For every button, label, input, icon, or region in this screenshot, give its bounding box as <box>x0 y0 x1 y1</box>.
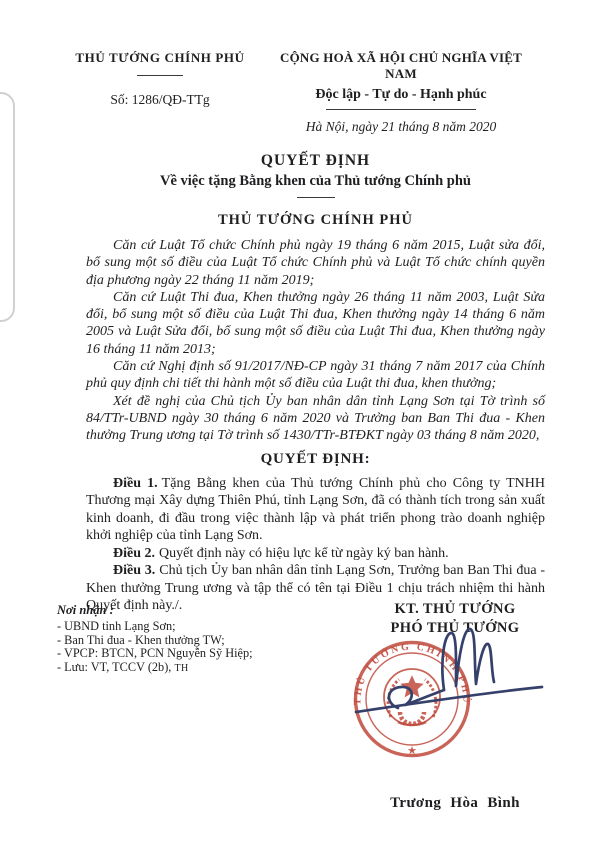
title-block: QUYẾT ĐỊNH Về việc tặng Bằng khen của Th… <box>86 151 545 230</box>
decision-heading: QUYẾT ĐỊNH: <box>86 450 545 469</box>
document-title: QUYẾT ĐỊNH <box>86 151 545 170</box>
document-header: THỦ TƯỚNG CHÍNH PHỦ Số: 1286/QĐ-TTg CỘNG… <box>0 0 600 135</box>
preamble-paragraph: Căn cứ Luật Thi đua, Khen thưởng ngày 26… <box>86 289 545 358</box>
recipient-item: - UBND tỉnh Lạng Sơn; <box>57 620 253 634</box>
document-number: Số: 1286/QĐ-TTg <box>45 92 275 108</box>
motto-divider <box>326 109 476 110</box>
decision-document-page: THỦ TƯỚNG CHÍNH PHỦ Số: 1286/QĐ-TTg CỘNG… <box>0 0 600 843</box>
article-3-label: Điều 3. <box>113 563 155 578</box>
national-name: CỘNG HOÀ XÃ HỘI CHỦ NGHĨA VIỆT NAM <box>275 50 527 82</box>
handwritten-signature <box>340 608 560 738</box>
article-1-label: Điều 1. <box>113 476 158 491</box>
preamble-section: Căn cứ Luật Tổ chức Chính phủ ngày 19 th… <box>86 237 545 445</box>
article-2: Điều 2.Quyết định này có hiệu lực kể từ … <box>86 545 545 563</box>
preamble-paragraph: Xét đề nghị của Chủ tịch Ủy ban nhân dân… <box>86 393 545 445</box>
national-motto: Độc lập - Tự do - Hạnh phúc <box>275 86 527 103</box>
issuing-authority: THỦ TƯỚNG CHÍNH PHỦ <box>45 50 275 66</box>
article-2-text: Quyết định này có hiệu lực kể từ ngày ký… <box>159 546 449 561</box>
recipient-item: - VPCP: BTCN, PCN Nguyễn Sỹ Hiệp; <box>57 647 253 661</box>
recipient-luu-prefix: - Lưu: VT, TCCV (2b), <box>57 660 174 674</box>
document-body: QUYẾT ĐỊNH Về việc tặng Bằng khen của Th… <box>0 151 600 615</box>
preamble-paragraph: Căn cứ Nghị định số 91/2017/NĐ-CP ngày 3… <box>86 358 545 393</box>
seal-star-glyph: ★ <box>407 745 417 757</box>
scan-edge-artifact <box>0 92 15 322</box>
articles-section: Điều 1.Tặng Bằng khen của Thủ tướng Chín… <box>86 475 545 615</box>
title-divider <box>297 197 335 198</box>
recipients-label: Nơi nhận : <box>57 603 253 617</box>
article-1: Điều 1.Tặng Bằng khen của Thủ tướng Chín… <box>86 475 545 545</box>
document-subtitle: Về việc tặng Bằng khen của Thủ tướng Chí… <box>86 172 545 190</box>
preamble-paragraph: Căn cứ Luật Tổ chức Chính phủ ngày 19 th… <box>86 237 545 289</box>
recipients-block: Nơi nhận : - UBND tỉnh Lạng Sơn; - Ban T… <box>57 603 253 675</box>
header-right-block: CỘNG HOÀ XÃ HỘI CHỦ NGHĨA VIỆT NAM Độc l… <box>275 50 527 135</box>
place-and-date: Hà Nội, ngày 21 tháng 8 năm 2020 <box>275 119 527 135</box>
signer-name: Trương Hòa Bình <box>340 795 570 812</box>
header-left-block: THỦ TƯỚNG CHÍNH PHỦ Số: 1286/QĐ-TTg <box>45 50 275 135</box>
recipient-item: - Lưu: VT, TCCV (2b), TH <box>57 661 253 676</box>
recipient-item: - Ban Thi đua - Khen thưởng TW; <box>57 634 253 648</box>
article-2-label: Điều 2. <box>113 546 155 561</box>
header-left-divider <box>137 75 183 76</box>
recipient-luu-suffix: TH <box>174 663 188 674</box>
deciding-authority: THỦ TƯỚNG CHÍNH PHỦ <box>86 211 545 230</box>
